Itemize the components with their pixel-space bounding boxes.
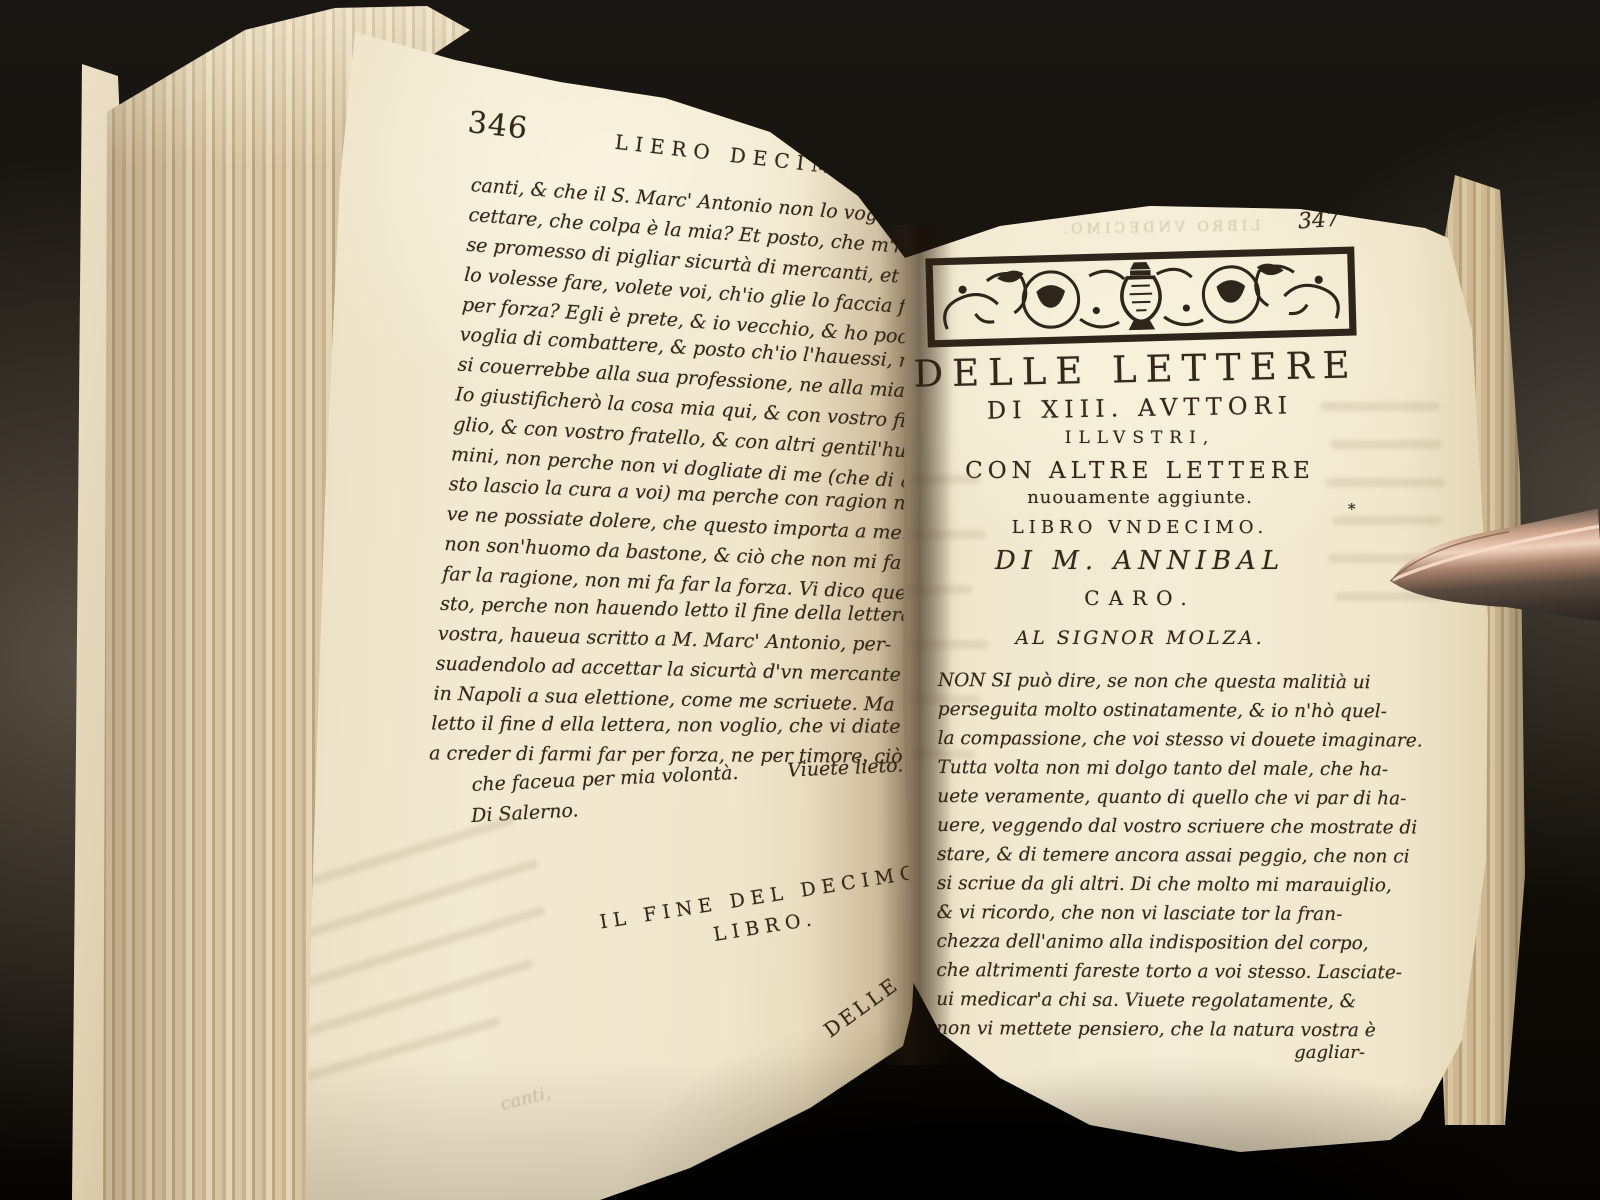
text-line: la compassione, che voi stesso vi douete… [938, 724, 1423, 756]
title-di-xiii-auttori: DI XIII. AVTTORI [900, 390, 1380, 426]
right-page: 347 LIBRO VNDECIMO. [900, 190, 1510, 1180]
right-page-body-text: NON SI può dire, se non che questa malit… [936, 666, 1423, 1046]
title-delle-lettere: DELLE LETTERE [896, 343, 1377, 396]
show-through-running-header: LIBRO VNDECIMO. [1030, 218, 1290, 239]
text-line: uere, veggendo dal vostro scriuere che m… [937, 811, 1422, 843]
text-line: Tutta volta non mi dolgo tanto del male,… [937, 753, 1422, 785]
title-illustri: ILLVSTRI, [900, 428, 1380, 448]
woodcut-headpiece-ornament [925, 242, 1358, 352]
heading-caro: CARO. [900, 586, 1380, 610]
text-line: uete veramente, quanto di quello che vi … [937, 782, 1422, 814]
show-through-smudge [906, 585, 972, 594]
text-line: ui medicar'a chi sa. Viuete regolatament… [936, 985, 1421, 1017]
text-line: non vi mettete pensiero, che la natura v… [936, 1014, 1421, 1046]
left-catchword: DELLE [819, 972, 903, 1042]
text-line: NON SI può dire, se non che questa malit… [938, 666, 1423, 698]
text-line: che altrimenti fareste torto a voi stess… [936, 956, 1421, 988]
show-through-smudge [1330, 440, 1442, 449]
left-page-closing: che faceua per mia volontà. Viuete lieto… [471, 770, 904, 840]
show-through-smudge [908, 530, 986, 539]
show-through-smudge [908, 640, 988, 649]
text-line: & vi ricordo, che non vi lasciate tor la… [937, 898, 1422, 930]
finis-colophon: IL FINE DEL DECIMO LIBRO. [585, 855, 940, 969]
show-through-smudge [910, 475, 980, 484]
show-through-smudge [1325, 478, 1445, 487]
left-page-number: 346 [466, 105, 530, 147]
photo-antique-open-book: 346 LIERO DECIMO: canti, & che il S. Mar… [0, 0, 1600, 1200]
show-through-word: canti, [498, 1082, 553, 1115]
text-line: perseguita molto ostinatamente, & io n'h… [938, 695, 1423, 727]
left-page-body-text: canti, & che il S. Marc' Antonio non lo … [428, 170, 961, 804]
text-line: letto il fine d ella lettera, non voglio… [431, 709, 921, 742]
show-through-smudge [1320, 402, 1440, 411]
heading-di-m-annibal: DI M. ANNIBAL [900, 546, 1380, 576]
show-through-smudge [912, 750, 974, 759]
text-line: si scriue da gli altri. Di che molto mi … [937, 869, 1422, 901]
title-nuovamente-aggiunte: nuouamente aggiunte. [900, 487, 1380, 508]
right-catchword: gagliar- [1200, 1042, 1365, 1063]
show-through-smudge [910, 695, 980, 704]
text-line: stare, & di temere ancora assai peggio, … [937, 840, 1422, 872]
text-line: chezza dell'animo alla indisposition del… [936, 927, 1421, 959]
copper-pen-tip [1377, 485, 1600, 660]
